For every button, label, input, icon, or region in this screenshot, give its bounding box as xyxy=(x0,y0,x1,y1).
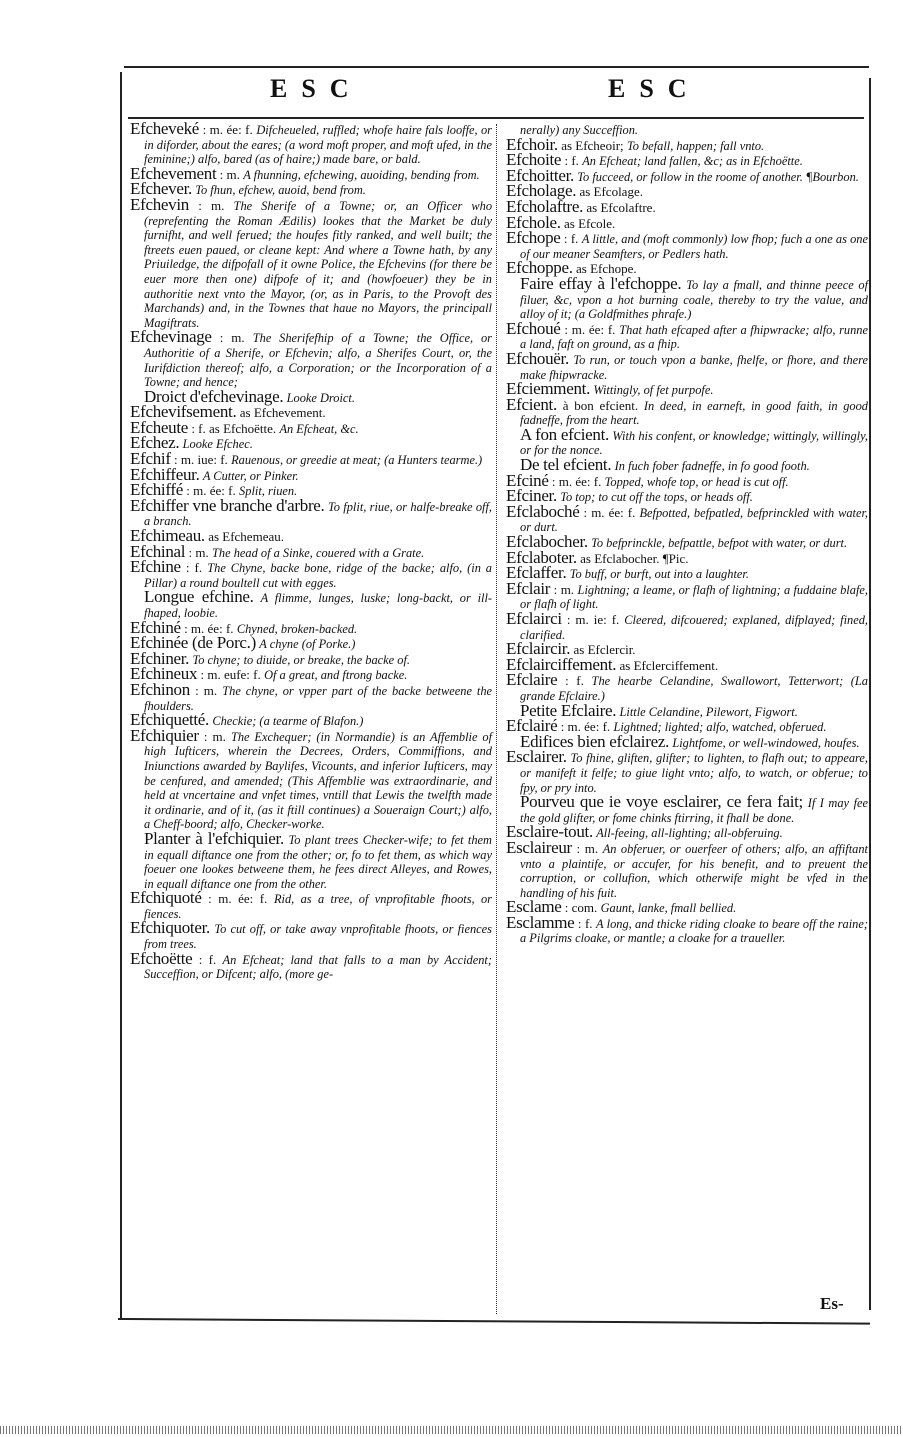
definition: Gaunt, lanke, fmall bellied. xyxy=(601,901,737,915)
definition: Wittingly, of fet purpofe. xyxy=(593,383,713,397)
dictionary-entry: Efchiquier : m. The Exchequer; (in Norma… xyxy=(130,729,492,832)
headword: Longue efchine. xyxy=(144,587,254,606)
dictionary-entry: Efchez. Looke Efchec. xyxy=(130,436,492,452)
definition: An obferuer, or ouerfeer of others; alfo… xyxy=(520,842,868,900)
dictionary-entry: Efchoëtte : f. An Efcheat; land that fal… xyxy=(130,952,492,982)
left-border xyxy=(120,72,122,1318)
left-column: Efcheveké : m. ée: f. Difcheueled, ruffl… xyxy=(130,122,492,982)
grammar-note: : f. xyxy=(186,560,202,575)
grammar-note: as Efchevement. xyxy=(240,405,326,420)
grammar-note: as Efcolaftre. xyxy=(586,200,655,215)
dictionary-entry: Efchiquoter. To cut off, or take away vn… xyxy=(130,921,492,951)
headword: Efclair xyxy=(506,579,550,598)
right-border xyxy=(869,78,871,1310)
catchword: Es- xyxy=(820,1294,844,1314)
definition: To run, or touch vpon a banke, fhelfe, o… xyxy=(520,353,868,382)
grammar-note: : f. xyxy=(199,952,216,967)
dictionary-entry: Efclaboché : m. ée: f. Befpotted, befpat… xyxy=(506,505,868,535)
headword: Esclaireur xyxy=(506,838,572,857)
headword: Esclairer. xyxy=(506,747,567,766)
headword: Efcheveké xyxy=(130,119,199,138)
definition: To buff, or burft, out into a laughter. xyxy=(570,567,749,581)
definition: Looke Efchec. xyxy=(183,437,253,451)
sub-entry: De tel efcient. In fuch fober fadneffe, … xyxy=(506,458,868,474)
grammar-note: as Efclabocher. ¶Pic. xyxy=(580,551,688,566)
header-rule xyxy=(128,117,864,119)
headword: Efclairci xyxy=(506,609,562,628)
grammar-note: : m. xyxy=(554,582,574,597)
dictionary-entry: Esclamme : f. A long, and thicke riding … xyxy=(506,916,868,946)
headword: A fon efcient. xyxy=(520,425,609,444)
definition: An Efcheat, &c. xyxy=(279,422,358,436)
dictionary-entry: Efchouër. To run, or touch vpon a banke,… xyxy=(506,352,868,382)
grammar-note: as Efcheoir; xyxy=(561,138,623,153)
grammar-note: : m. ie: f. xyxy=(567,612,619,627)
dictionary-entry: Efchine : f. The Chyne, backe bone, ridg… xyxy=(130,560,492,590)
grammar-note: as Efcolage. xyxy=(579,184,643,199)
definition: To befall, happen; fall vnto. xyxy=(627,139,764,153)
dictionary-entry: Efciemment. Wittingly, of fet purpofe. xyxy=(506,382,868,398)
definition: To fhine, gliften, glifter; to lighten, … xyxy=(520,751,868,794)
headword: Efchiquier xyxy=(130,726,199,745)
grammar-note: : m. ée: f. xyxy=(564,322,615,337)
dictionary-entry: Efchiffeur. A Cutter, or Pinker. xyxy=(130,468,492,484)
definition: To top; to cut off the tops, or heads of… xyxy=(560,490,753,504)
dictionary-entry: Efcheute : f. as Efchoëtte. An Efcheat, … xyxy=(130,421,492,437)
definition: The Sherife of a Towne; or, an Officer w… xyxy=(144,199,492,330)
page-frame: ESC ESC Efcheveké : m. ée: f. Difcheuele… xyxy=(120,66,872,1322)
definition: The head of a Sinke, couered with a Grat… xyxy=(212,546,424,560)
headword: Efchiquoté xyxy=(130,888,202,907)
right-column: nerally) any Succeffion. Efchoir. as Efc… xyxy=(506,122,868,946)
definition: All-feeing, all-lighting; all-obferuing. xyxy=(596,826,783,840)
definition: A fhunning, efchewing, auoiding, bending… xyxy=(243,168,479,182)
grammar-note: : m. xyxy=(198,198,224,213)
dictionary-entry: Efcient. à bon efcient. In deed, in earn… xyxy=(506,398,868,428)
definition: To befprinckle, befpattle, befpot with w… xyxy=(591,536,847,550)
headword: Efchiffer vne branche d'arbre. xyxy=(130,496,325,515)
dictionary-entry: Efclaffer. To buff, or burft, out into a… xyxy=(506,566,868,582)
headword: Esclamme xyxy=(506,913,574,932)
dictionary-entry: Efcheveké : m. ée: f. Difcheueled, ruffl… xyxy=(130,122,492,167)
definition: An Efcheat; land fallen, &c; as in Efcho… xyxy=(582,154,803,168)
headword: Efclaire xyxy=(506,670,557,689)
definition: Lightfome, or well-windowed, houfes. xyxy=(672,736,859,750)
definition: Looke Droict. xyxy=(287,391,355,405)
definition: In fuch fober fadneffe, in fo good footh… xyxy=(615,459,810,473)
scan-edge-noise xyxy=(0,1426,903,1434)
grammar-note: : m. xyxy=(577,841,599,856)
running-head-right: ESC xyxy=(608,74,701,104)
column-divider xyxy=(496,124,498,1314)
grammar-note: : f. xyxy=(564,231,579,246)
dictionary-entry: Efchoué : m. ée: f. That hath efcaped af… xyxy=(506,322,868,352)
continued-entry: nerally) any Succeffion. xyxy=(506,122,868,138)
dictionary-entry: Efchope : f. A little, and (moft commonl… xyxy=(506,231,868,261)
headword: Efchevin xyxy=(130,195,189,214)
definition: A Cutter, or Pinker. xyxy=(203,469,299,483)
grammar-note: : f. as Efchoëtte. xyxy=(191,421,276,436)
definition: To fucceed, or follow in the roome of an… xyxy=(577,170,859,184)
running-head-left: ESC xyxy=(270,74,363,104)
dictionary-entry: Efchinon : m. The chyne, or vpper part o… xyxy=(130,683,492,713)
top-rule xyxy=(124,66,869,68)
sub-entry: Pourveu que ie voye esclairer, ce fera f… xyxy=(506,795,868,825)
dictionary-entry: Efciné : m. ée: f. Topped, whofe top, or… xyxy=(506,474,868,490)
grammar-note: : m. ée: f. xyxy=(584,505,636,520)
headword: Efchevinage xyxy=(130,327,212,346)
dictionary-entry: Efchinal : m. The head of a Sinke, couer… xyxy=(130,545,492,561)
grammar-note: : m. eufe: f. xyxy=(200,667,260,682)
grammar-note: : m. ée: f. xyxy=(203,122,253,137)
sub-entry: Longue efchine. A flimme, lunges, luske;… xyxy=(130,590,492,620)
headword: Pourveu que ie voye esclairer, ce fera f… xyxy=(520,792,803,811)
dictionary-entry: Efclairciffement. as Efclerciffement. xyxy=(506,658,868,674)
definition: To chyne; to diuide, or breake, the back… xyxy=(192,653,410,667)
sub-entry: Faire effay à l'efchoppe. To lay a fmall… xyxy=(506,277,868,322)
grammar-note: : m. xyxy=(220,167,240,182)
grammar-note: : f. xyxy=(565,673,584,688)
headword: Efchope xyxy=(506,228,561,247)
definition: Little Celandine, Pilewort, Figwort. xyxy=(620,705,798,719)
grammar-note: : m. ée: f. xyxy=(208,891,267,906)
headword: Planter à l'efchiquier. xyxy=(144,829,284,848)
headword: Efchouër. xyxy=(506,349,569,368)
headword: Efclaboché xyxy=(506,502,579,521)
bottom-rule xyxy=(118,1318,870,1325)
grammar-note: à bon efcient. xyxy=(563,398,638,413)
grammar-note: as Efcole. xyxy=(564,216,615,231)
dictionary-entry: Efchevinage : m. The Sherifefhip of a To… xyxy=(130,330,492,389)
headword: Faire effay à l'efchoppe. xyxy=(520,274,681,293)
dictionary-entry: Efclairci : m. ie: f. Cleered, difcouere… xyxy=(506,612,868,642)
definition: The Exchequer; (in Normandie) is an Affe… xyxy=(144,730,492,832)
dictionary-entry: Efchiffer vne branche d'arbre. To fplit,… xyxy=(130,499,492,529)
headword: Efcient. xyxy=(506,395,557,414)
sub-entry: Planter à l'efchiquier. To plant trees C… xyxy=(130,832,492,891)
grammar-note: : m. ée: f. xyxy=(552,474,601,489)
grammar-note: : m. xyxy=(204,729,226,744)
headword: Efchoëtte xyxy=(130,949,192,968)
grammar-note: : f. xyxy=(578,916,593,931)
definition: An Efcheat; land that falls to a man by … xyxy=(144,953,492,982)
grammar-note: : m. xyxy=(195,683,217,698)
dictionary-entry: Efchevin : m. The Sherife of a Towne; or… xyxy=(130,198,492,330)
definition: To fhun, efchew, auoid, bend from. xyxy=(195,183,366,197)
definition: Topped, whofe top, or head is cut off. xyxy=(605,475,789,489)
grammar-note: : m. xyxy=(188,545,208,560)
definition: Rauenous, or greedie at meat; (a Hunters… xyxy=(231,453,482,467)
grammar-note: : m. xyxy=(220,330,245,345)
sub-entry: A fon efcient. With his confent, or know… xyxy=(506,428,868,458)
dictionary-entry: Efclaire : f. The hearbe Celandine, Swal… xyxy=(506,673,868,703)
grammar-note: as Efclerciffement. xyxy=(620,658,719,673)
headword: Efchiquoter. xyxy=(130,918,210,937)
definition: Of a great, and ftrong backe. xyxy=(264,668,407,682)
headword: Efchoué xyxy=(506,319,561,338)
definition: Checkie; (a tearme of Blafon.) xyxy=(212,714,363,728)
headword: Efchine xyxy=(130,557,181,576)
headword: Efchinon xyxy=(130,680,190,699)
grammar-note: as Efchemeau. xyxy=(208,529,284,544)
sub-entry: Petite Efclaire. Little Celandine, Pilew… xyxy=(506,704,868,720)
dictionary-entry: Efchiquoté : m. ée: f. Rid, as a tree, o… xyxy=(130,891,492,921)
dictionary-entry: Efclair : m. Lightning; a leame, or flaf… xyxy=(506,582,868,612)
definition: A chyne (of Porke.) xyxy=(259,637,355,651)
dictionary-entry: Esclairer. To fhine, gliften, glifter; t… xyxy=(506,750,868,795)
dictionary-entry: Esclaireur : m. An obferuer, or ouerfeer… xyxy=(506,841,868,900)
